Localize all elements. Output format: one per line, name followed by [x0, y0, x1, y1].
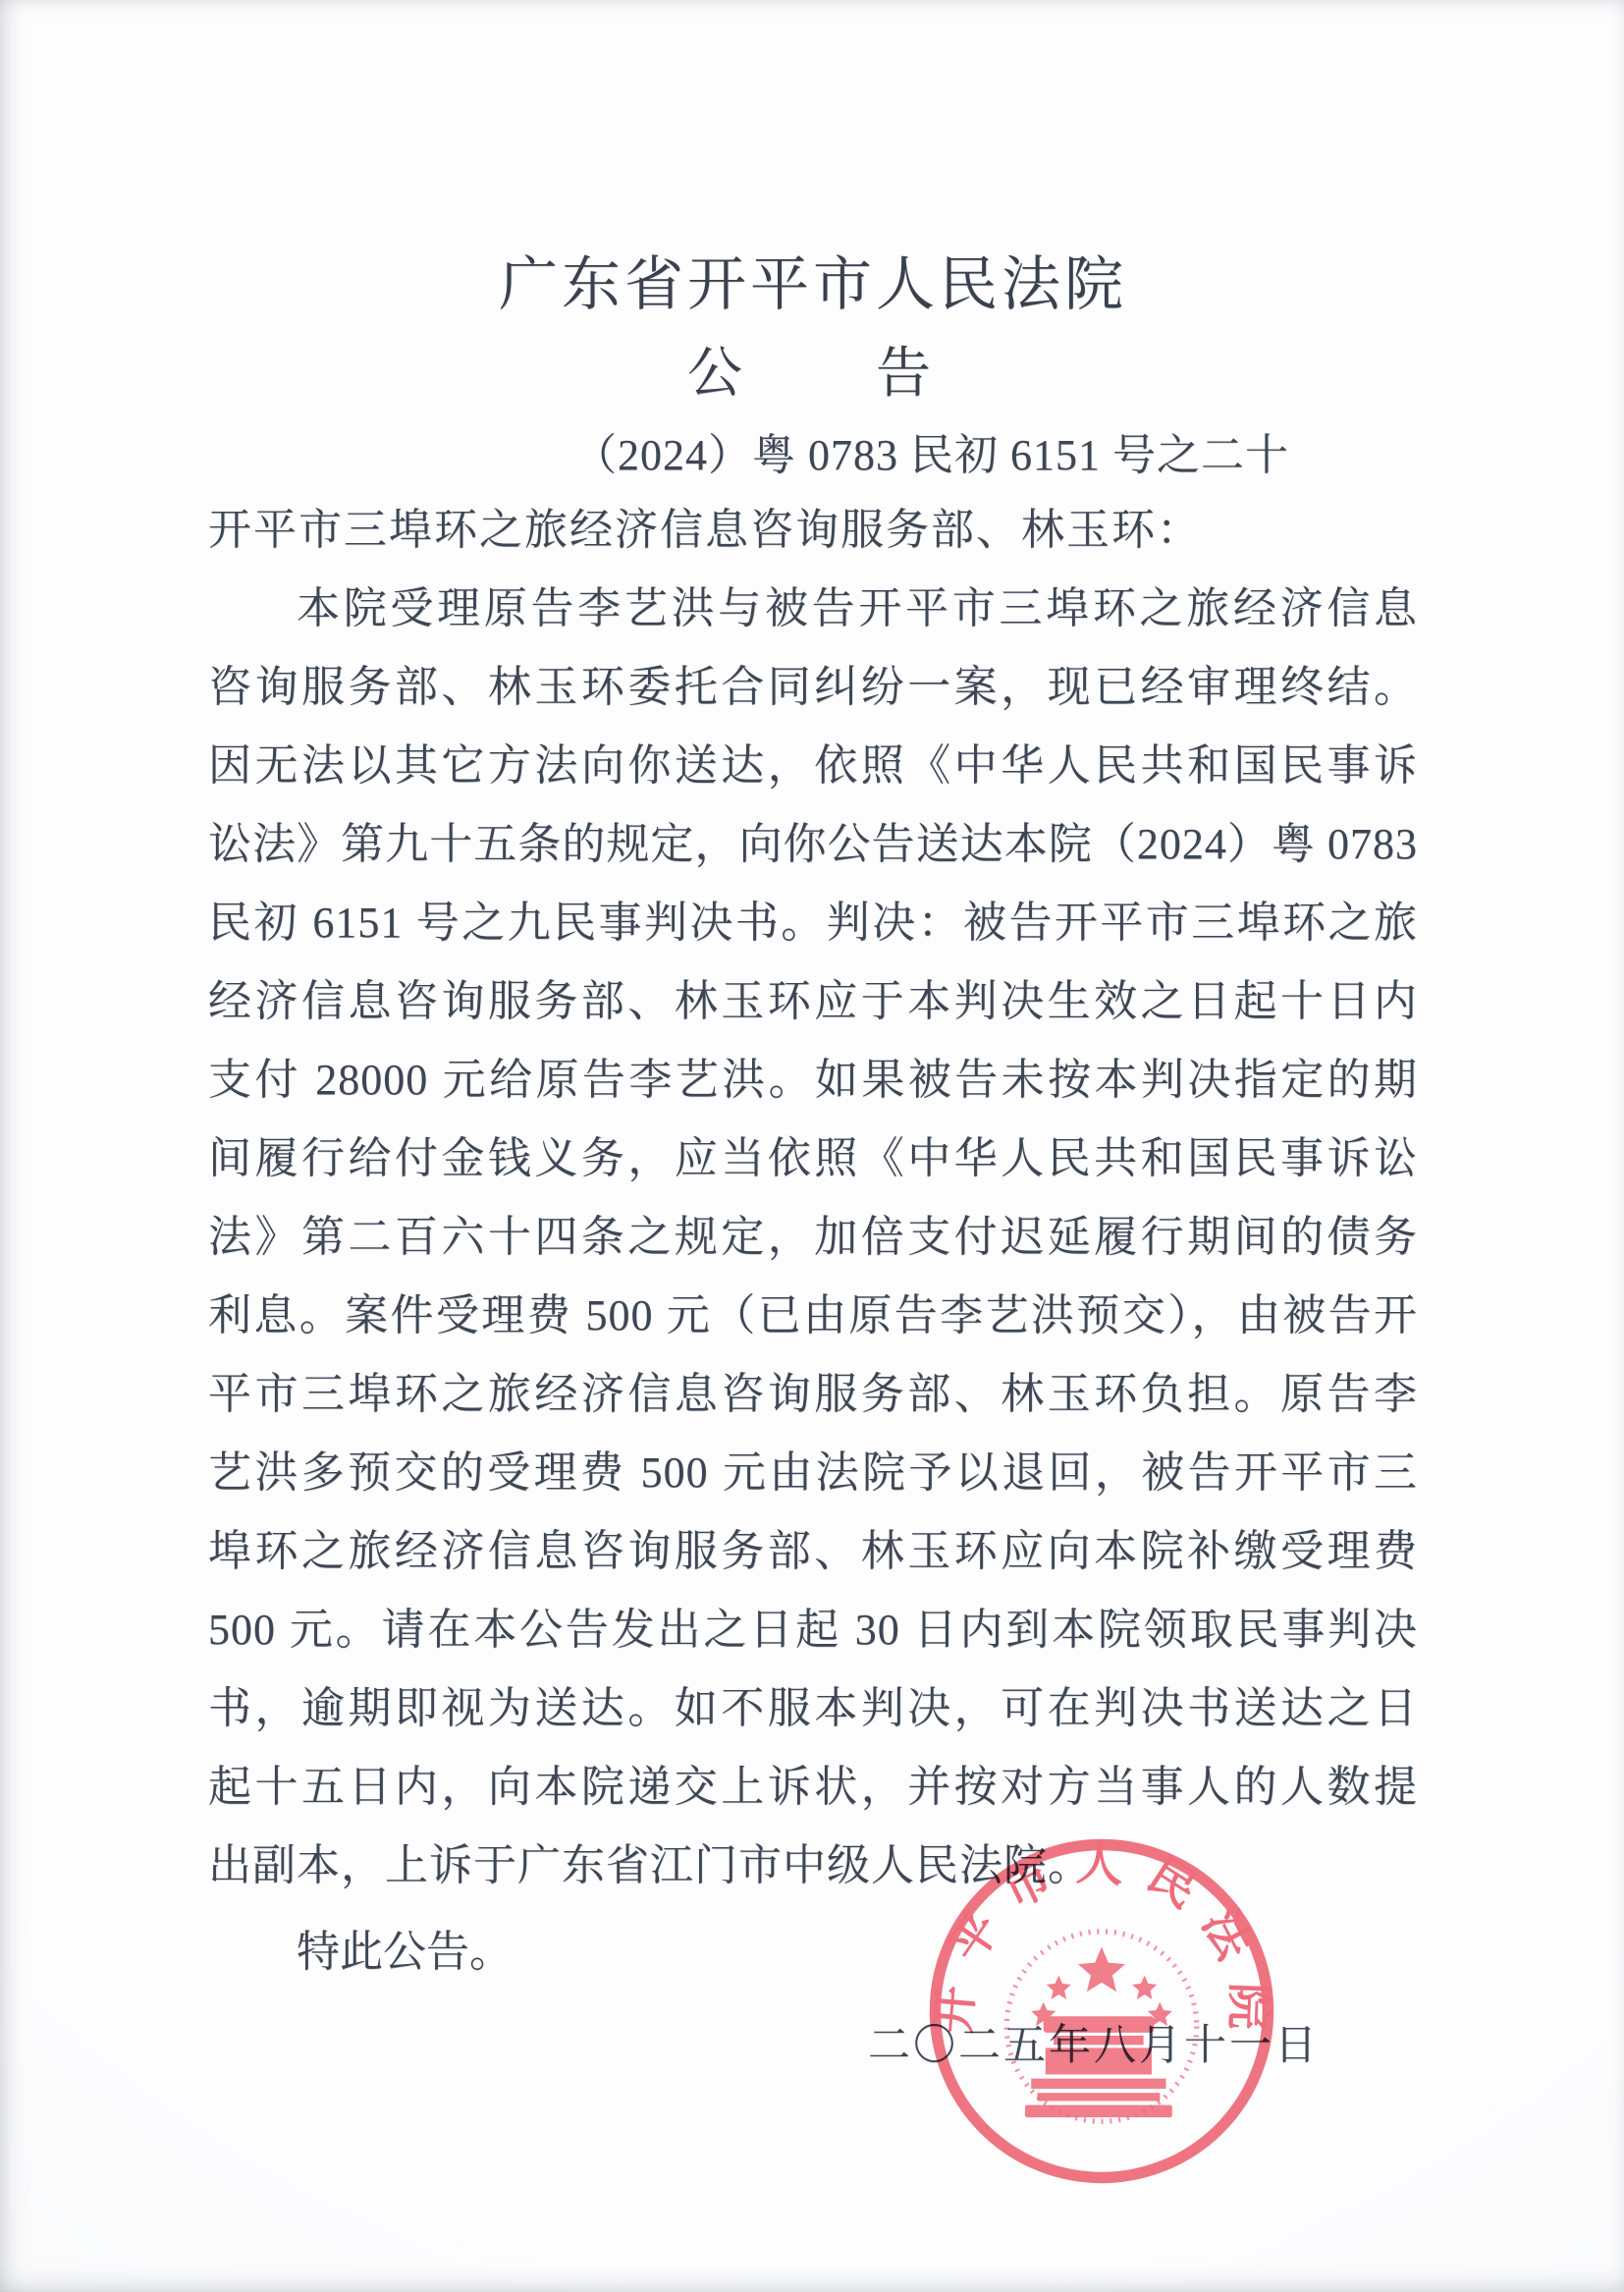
- body-line: 讼法》第九十五条的规定，向你公告送达本院（2024）粤 0783: [208, 805, 1418, 884]
- body-line: 起十五日内，向本院递交上诉状，并按对方当事人的人数提: [208, 1748, 1418, 1827]
- body-line: 平市三埠环之旅经济信息咨询服务部、林玉环负担。原告李: [208, 1355, 1418, 1434]
- body-line: 民初 6151 号之九民事判决书。判决：被告开平市三埠环之旅: [208, 884, 1418, 962]
- scanned-court-notice-page: 广东省开平市人民法院 公 告 （2024）粤 0783 民初 6151 号之二十…: [0, 0, 1624, 2292]
- body-line: 500 元。请在本公告发出之日起 30 日内到本院领取民事判决: [208, 1591, 1418, 1669]
- body-line: 埠环之旅经济信息咨询服务部、林玉环应向本院补缴受理费: [208, 1512, 1418, 1591]
- notice-title: 公 告: [208, 328, 1418, 420]
- body-line: 出副本，上诉于广东省江门市中级人民法院。: [208, 1827, 1418, 1905]
- body-line: 咨询服务部、林玉环委托合同纠纷一案，现已经审理终结。: [208, 648, 1418, 727]
- notice-body: 广东省开平市人民法院 公 告 （2024）粤 0783 民初 6151 号之二十…: [208, 242, 1418, 1992]
- issue-date: 二〇二五年八月十一日: [868, 2019, 1320, 2074]
- body-line: 间履行给付金钱义务，应当依照《中华人民共和国民事诉讼: [208, 1119, 1418, 1198]
- case-number: （2024）粤 0783 民初 6151 号之二十: [208, 420, 1418, 491]
- body-line: 利息。案件受理费 500 元（已由原告李艺洪预交），由被告开: [208, 1277, 1418, 1355]
- recipient-line: 开平市三埠环之旅经济信息咨询服务部、林玉环：: [208, 491, 1418, 570]
- body-line: 法》第二百六十四条之规定，加倍支付迟延履行期间的债务: [208, 1198, 1418, 1277]
- body-line: 艺洪多预交的受理费 500 元由法院予以退回，被告开平市三: [208, 1434, 1418, 1512]
- body-line: 支付 28000 元给原告李艺洪。如果被告未按本判决指定的期: [208, 1041, 1418, 1119]
- body-line: 经济信息咨询服务部、林玉环应于本判决生效之日起十日内: [208, 962, 1418, 1041]
- closing-line: 特此公告。: [208, 1913, 1418, 1992]
- body-line: 因无法以其它方法向你送达，依照《中华人民共和国民事诉: [208, 727, 1418, 805]
- court-name-title: 广东省开平市人民法院: [208, 242, 1418, 328]
- body-line: 书，逾期即视为送达。如不服本判决，可在判决书送达之日: [208, 1669, 1418, 1748]
- body-line: 本院受理原告李艺洪与被告开平市三埠环之旅经济信息: [208, 570, 1418, 648]
